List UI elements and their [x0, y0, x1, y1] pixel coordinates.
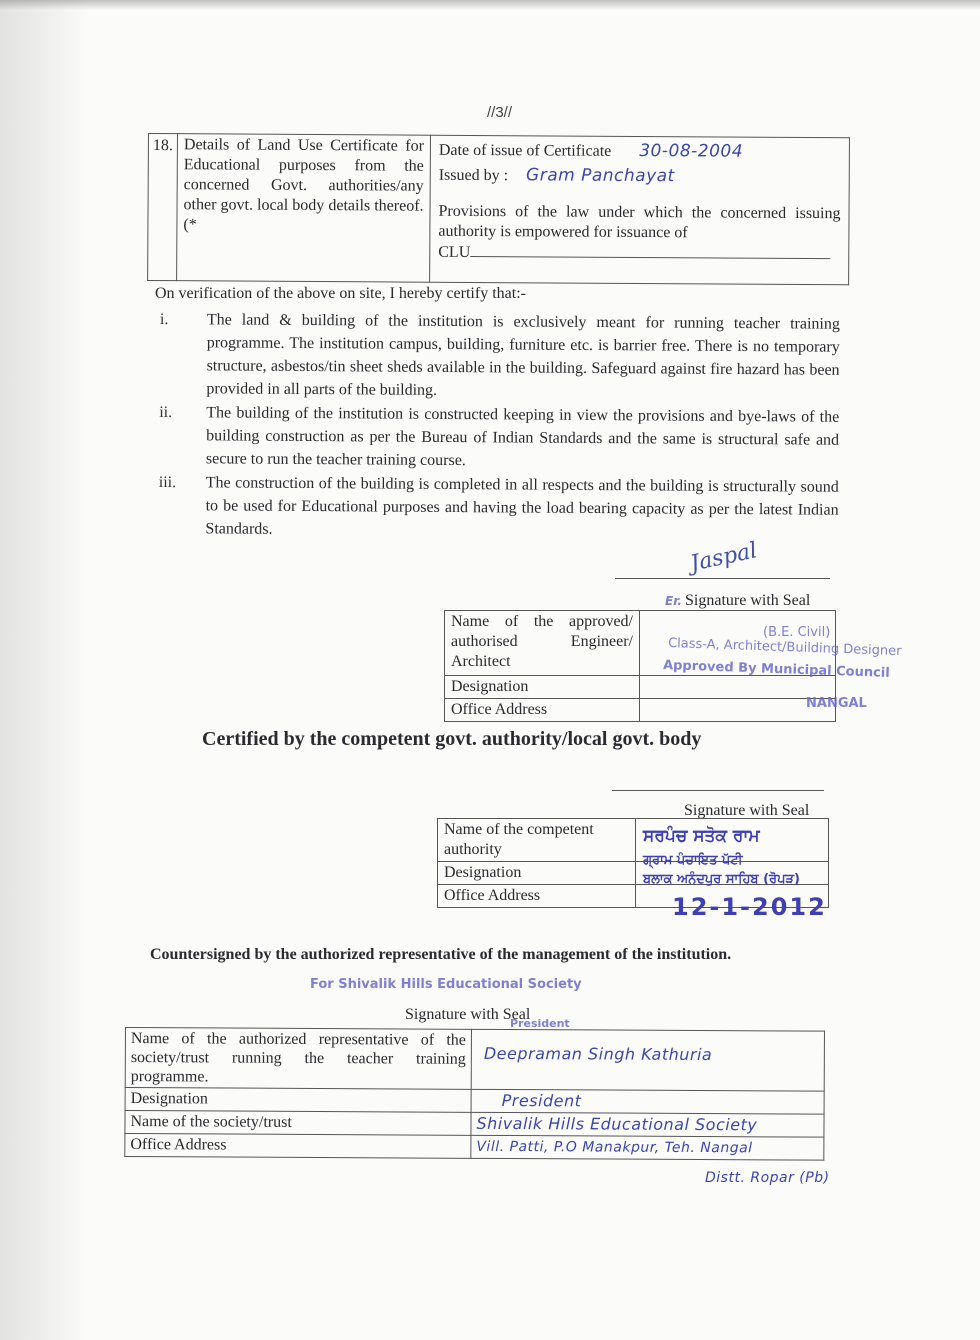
item-numeral: i. — [159, 308, 207, 400]
society-name-label: Name of the society/trust — [125, 1111, 471, 1136]
society-stamp-org: For Shivalik Hills Educational Society — [310, 977, 582, 992]
representative-name-label: Name of the authorized representative of… — [125, 1028, 471, 1090]
office-address-label: Office Address — [125, 1134, 471, 1159]
competent-authority-heading: Certified by the competent govt. authori… — [202, 728, 701, 751]
item-text: The land & building of the institution i… — [206, 308, 840, 404]
engineer-signature-line — [615, 578, 830, 579]
certificate-details-cell: Date of issue of Certificate 30-08-2004 … — [430, 135, 850, 285]
engineer-stamp-prefix: Er. — [665, 594, 682, 608]
page-number: //3// — [487, 104, 512, 121]
society-name-value: Shivalik Hills Educational Society — [476, 1114, 757, 1134]
representative-designation-value: President — [502, 1091, 582, 1110]
representative-designation-label: Designation — [125, 1088, 471, 1113]
issued-by-value: Gram Panchayat — [526, 165, 675, 186]
certification-item: iii. The construction of the building is… — [158, 471, 838, 545]
item-numeral: ii. — [159, 401, 206, 470]
date-of-issue-value: 30-08-2004 — [639, 141, 743, 162]
certification-intro: On verification of the above on site, I … — [155, 285, 526, 303]
clu-blank-line — [470, 242, 830, 259]
office-address-value: Vill. Patti, P.O Manakpur, Teh. Nangal — [476, 1139, 752, 1156]
authority-stamp-date: 12-1-2012 — [672, 893, 827, 921]
representative-name-value: Deepraman Singh Kathuria — [484, 1044, 713, 1064]
engineer-stamp-line: NANGAL — [806, 696, 867, 711]
engineer-signature-label: Signature with Seal — [685, 592, 810, 610]
land-use-certificate-table: 18. Details of Land Use Certificate for … — [147, 133, 850, 285]
authority-stamp-line: ਗ੍ਰਾਮ ਪੰਚਾਇਤ ਪੱਟੀ — [643, 853, 743, 868]
clu-label: CLU — [438, 244, 470, 261]
authority-stamp-line: ਬਲਾਕ ਅਨੰਦਪੁਰ ਸਾਹਿਬ (ਰੋਪੜ) — [643, 872, 800, 887]
authority-office-address-label: Office Address — [438, 885, 636, 908]
certification-list: i. The land & building of the institutio… — [158, 308, 840, 546]
engineer-designation-label: Designation — [445, 676, 640, 699]
serial-number: 18. — [148, 134, 178, 281]
authority-designation-label: Designation — [438, 862, 636, 885]
authority-stamp-line: ਸਰਪੰਚ ਸਤੋਕ ਰਾਮ — [643, 826, 760, 846]
item-text: The building of the institution is const… — [206, 401, 839, 474]
society-stamp-title: President — [510, 1017, 570, 1030]
issued-by-label: Issued by : — [439, 166, 508, 186]
provisions-text: Provisions of the law under which the co… — [438, 202, 840, 244]
engineer-name-label: Name of the approved/ authorised Enginee… — [445, 611, 640, 676]
land-use-description: Details of Land Use Certificate for Educ… — [177, 134, 431, 283]
page-scan-shadow — [0, 0, 90, 1340]
representative-details-table: Name of the authorized representative of… — [124, 1027, 825, 1161]
office-address-line2: Distt. Ropar (Pb) — [705, 1170, 830, 1186]
certification-item: i. The land & building of the institutio… — [159, 308, 840, 405]
item-numeral: iii. — [158, 471, 205, 540]
page-scan-top-edge — [0, 0, 980, 10]
authority-name-label: Name of the competent authority — [438, 819, 636, 862]
countersigned-statement: Countersigned by the authorized represen… — [150, 946, 731, 964]
certification-item: ii. The building of the institution is c… — [159, 401, 839, 475]
item-text: The construction of the building is comp… — [205, 471, 838, 544]
engineer-office-address-label: Office Address — [445, 699, 640, 722]
engineer-stamp-line: (B.E. Civil) — [763, 625, 830, 640]
authority-signature-line — [612, 790, 824, 791]
date-of-issue-label: Date of issue of Certificate — [439, 141, 611, 162]
